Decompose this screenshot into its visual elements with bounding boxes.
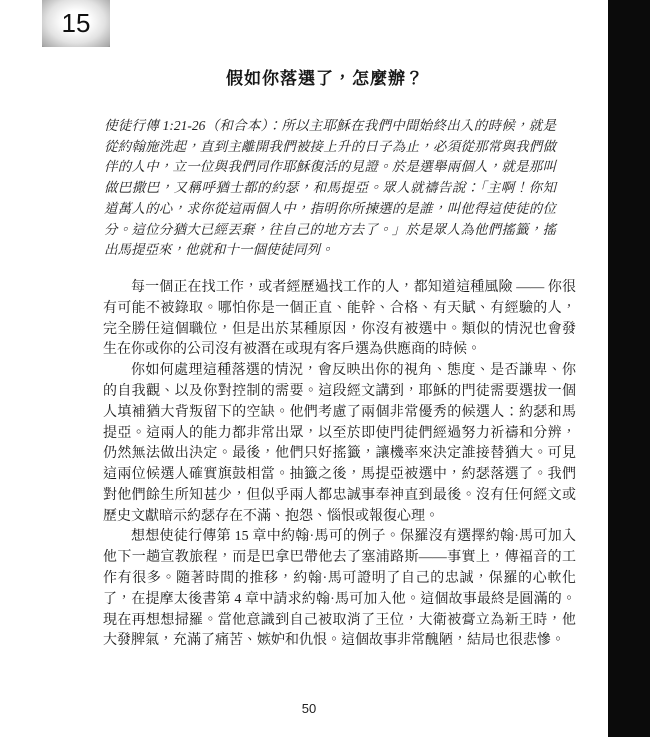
book-page: 15 假如你落選了，怎麼辦？ 使徒行傳 1:21-26（和合本）：所以主耶穌在我…: [0, 0, 650, 750]
scripture-passage: 使徒行傳 1:21-26（和合本）：所以主耶穌在我們中間始終出入的時候，就是從約…: [104, 116, 556, 261]
chapter-number-tab: 15: [42, 0, 110, 47]
chapter-number: 15: [62, 8, 91, 39]
scan-edge-band: [608, 0, 650, 737]
body-paragraph: 每一個正在找工作，或者經歷過找工作的人，都知道這種風險 —— 你很有可能不被錄取…: [103, 278, 576, 361]
body-paragraph: 想想使徒行傳第 15 章中約翰·馬可的例子。保羅沒有選擇約翰·馬可加入他下一趟宣…: [103, 527, 576, 652]
body-paragraph: 你如何處理這種落選的情況，會反映出你的視角、態度、是否謙卑、你的自我觀、以及你對…: [103, 361, 576, 527]
body-text: 每一個正在找工作，或者經歷過找工作的人，都知道這種風險 —— 你很有可能不被錄取…: [103, 278, 576, 652]
page-number: 50: [0, 701, 618, 716]
